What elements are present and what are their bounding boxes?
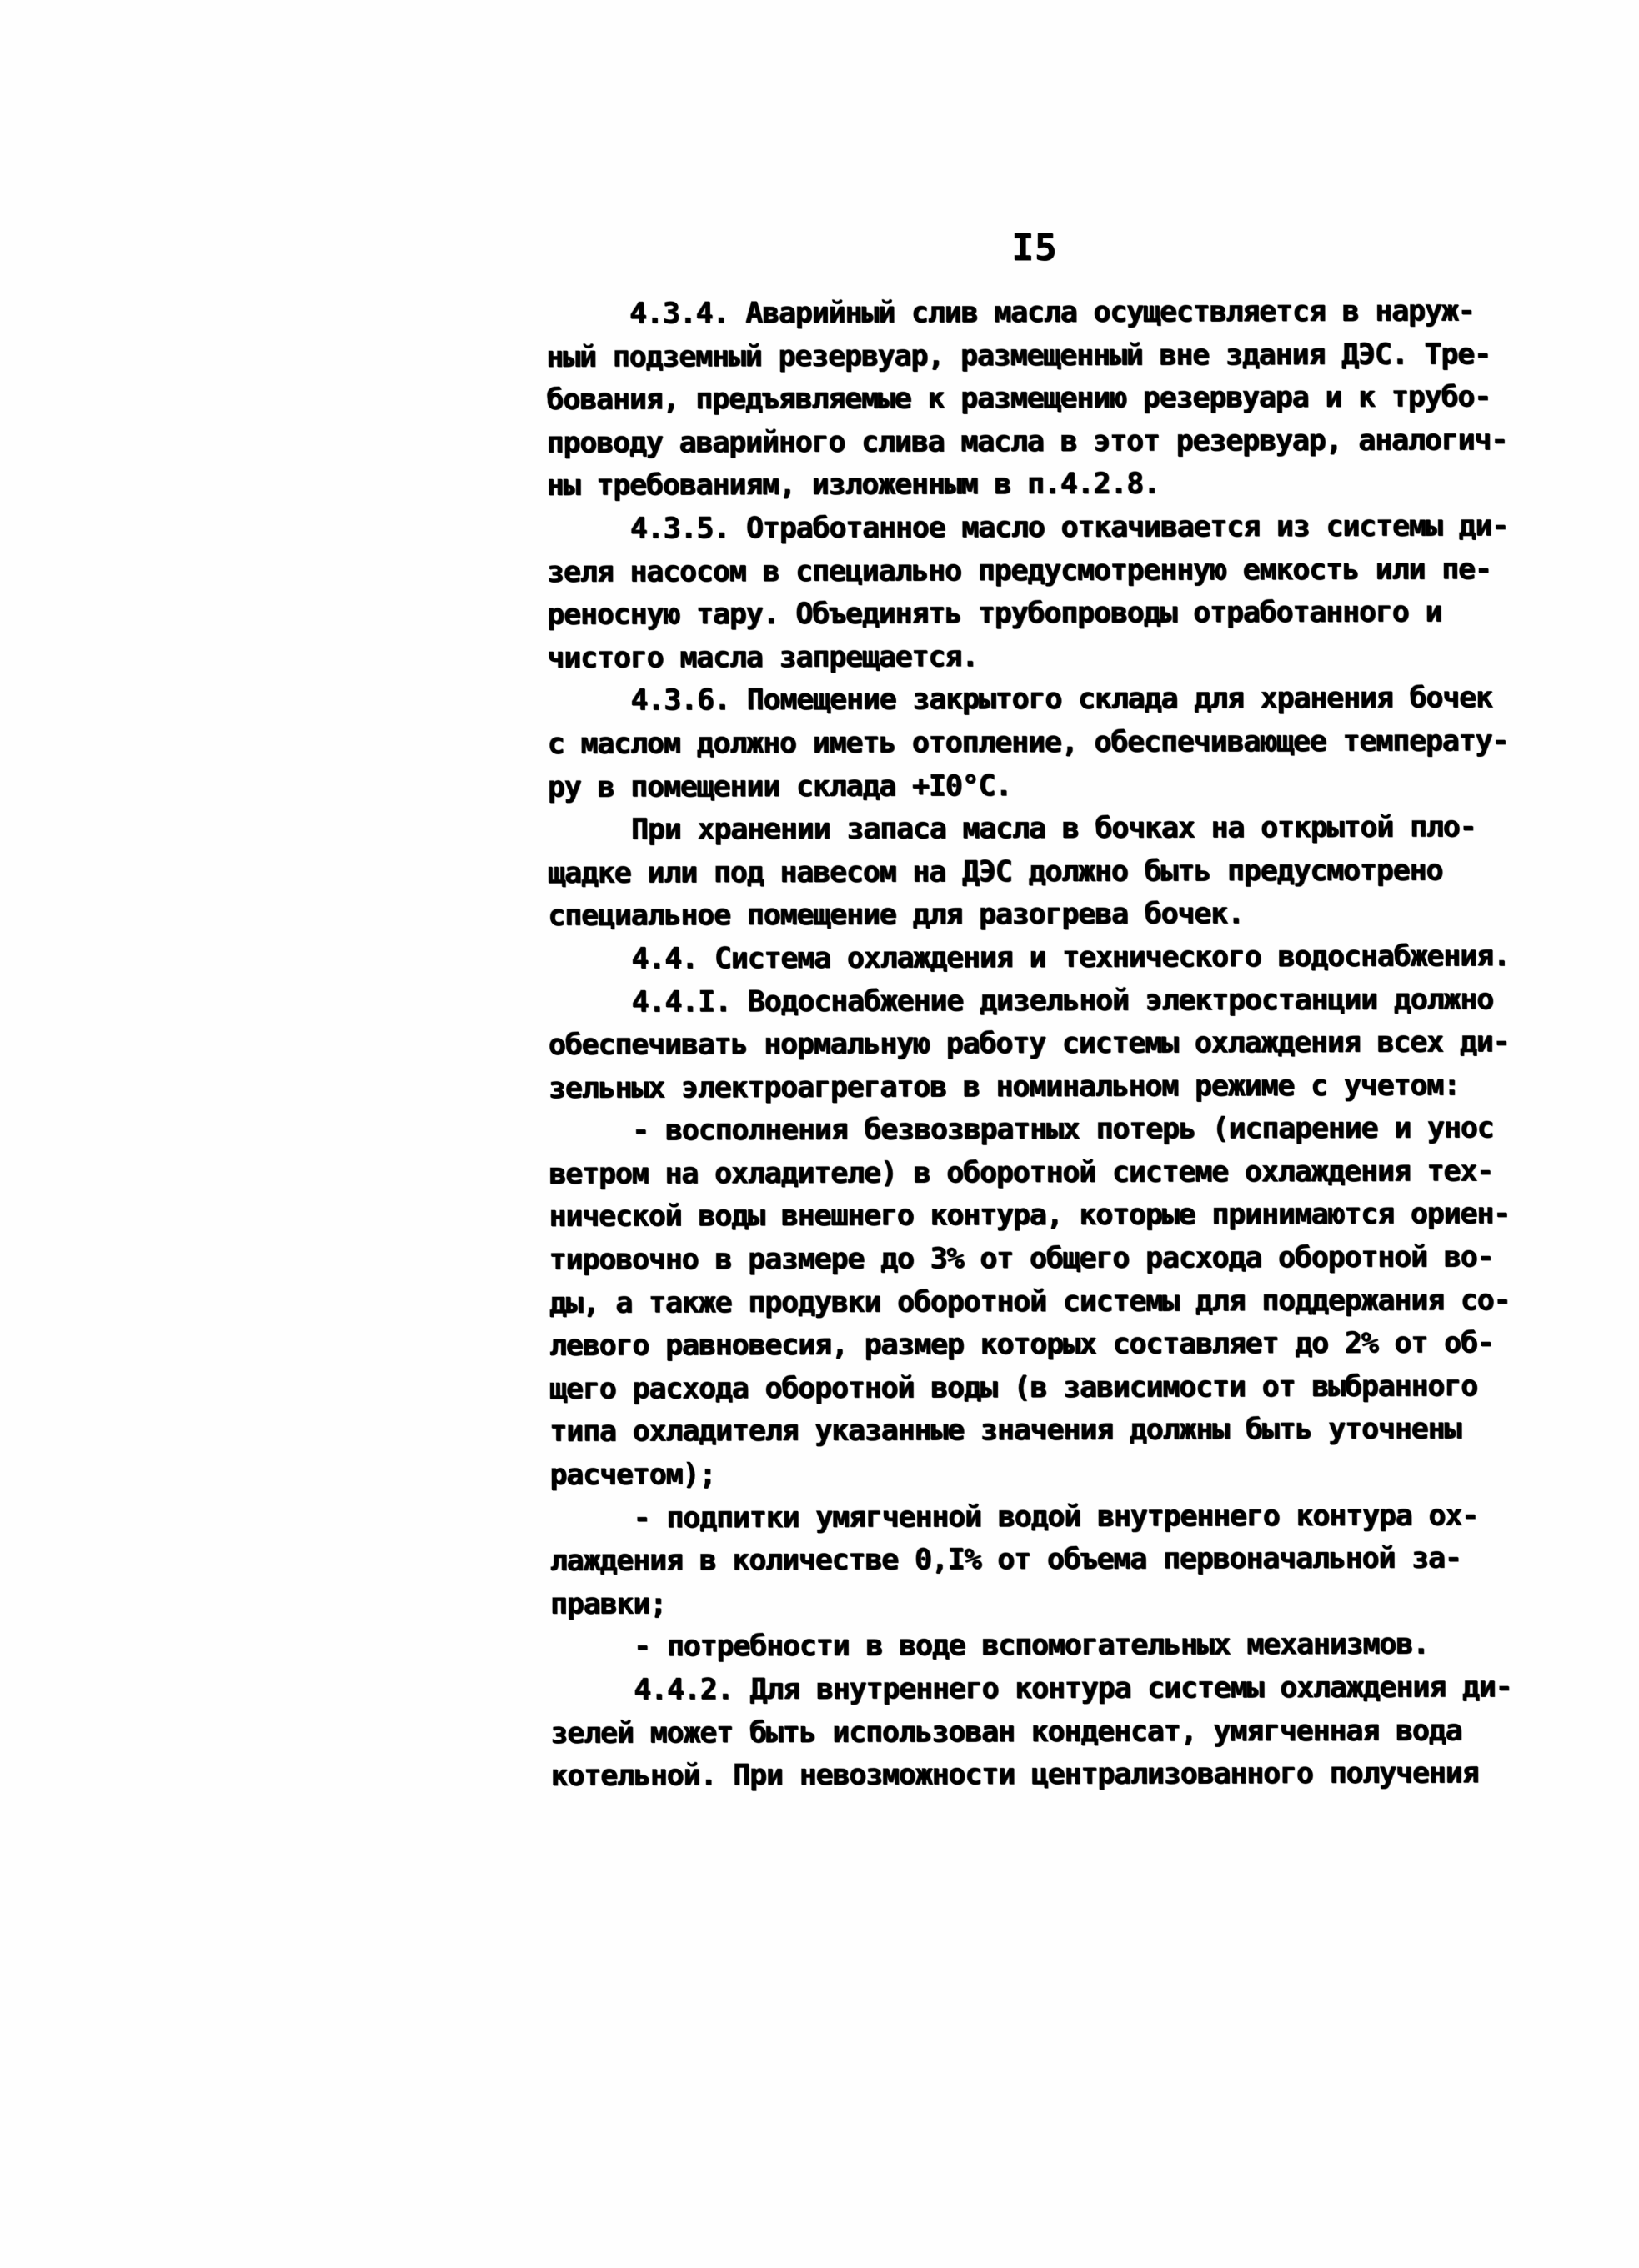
text-line: зелей может быть использован конденсат, … <box>550 1710 1530 1755</box>
text-line: бования, предъявляемые к размещению резе… <box>546 376 1526 422</box>
text-line: 4.3.4. Аварийный слив масла осуществляет… <box>546 290 1526 336</box>
scanned-page: I5 4.3.4. Аварийный слив масла осуществл… <box>0 0 1639 2268</box>
text-line: При хранении запаса масла в бочках на от… <box>548 806 1527 852</box>
text-line: зельных электроагрегатов в номинальном р… <box>549 1064 1528 1110</box>
text-line: ветром на охладителе) в оборотной систем… <box>549 1150 1528 1196</box>
text-line: правки; <box>550 1580 1530 1626</box>
text-line: с маслом должно иметь отопление, обеспеч… <box>548 720 1527 766</box>
text-line: специальное помещение для разогрева боче… <box>548 893 1527 939</box>
text-line: 4.3.6. Помещение закрытого склада для хр… <box>547 678 1526 723</box>
text-line: чистого масла запрещается. <box>547 634 1526 680</box>
text-line: ды, а также продувки оборотной системы д… <box>549 1279 1529 1325</box>
text-line: ный подземный резервуар, размещенный вне… <box>546 333 1526 379</box>
page-number: I5 <box>997 227 1072 269</box>
text-line: - потребности в воде вспомогательных мех… <box>550 1624 1530 1670</box>
text-line: ру в помещении склада +I0°С. <box>548 764 1527 809</box>
text-line: 4.4. Система охлаждения и технического в… <box>548 935 1527 981</box>
text-line: щадке или под навесом на ДЭС должно быть… <box>548 849 1527 895</box>
text-line: левого равновесия, размер которых состав… <box>549 1323 1529 1369</box>
document-body: 4.3.4. Аварийный слив масла осуществляет… <box>546 290 1531 1798</box>
text-line: лаждения в количестве 0,I% от объема пер… <box>550 1538 1530 1584</box>
text-line: проводу аварийного слива масла в этот ре… <box>546 419 1526 465</box>
text-line: типа охладителя указанные значения должн… <box>549 1409 1529 1454</box>
text-line: расчетом); <box>549 1451 1529 1497</box>
text-line: щего расхода оборотной воды (в зависимос… <box>549 1365 1529 1411</box>
text-line: - подпитки умягченной водой внутреннего … <box>550 1494 1530 1540</box>
text-line: обеспечивать нормальную работу системы о… <box>549 1021 1528 1067</box>
text-line: 4.4.2. Для внутреннего контура системы о… <box>550 1666 1530 1712</box>
text-line: нической воды внешнего контура, которые … <box>549 1194 1528 1239</box>
text-line: тировочно в размере до 3% от общего расх… <box>549 1236 1529 1282</box>
text-line: котельной. При невозможности централизов… <box>551 1752 1531 1798</box>
text-line: - восполнения безвозвратных потерь (испа… <box>549 1108 1528 1154</box>
text-line: ны требованиям, изложенным в п.4.2.8. <box>547 463 1526 508</box>
text-line: реносную тару. Объединять трубопроводы о… <box>547 591 1526 637</box>
text-line: зеля насосом в специально предусмотренну… <box>547 548 1526 594</box>
text-line: 4.3.5. Отработанное масло откачивается и… <box>547 505 1526 551</box>
text-line: 4.4.I. Водоснабжение дизельной электрост… <box>549 979 1528 1024</box>
